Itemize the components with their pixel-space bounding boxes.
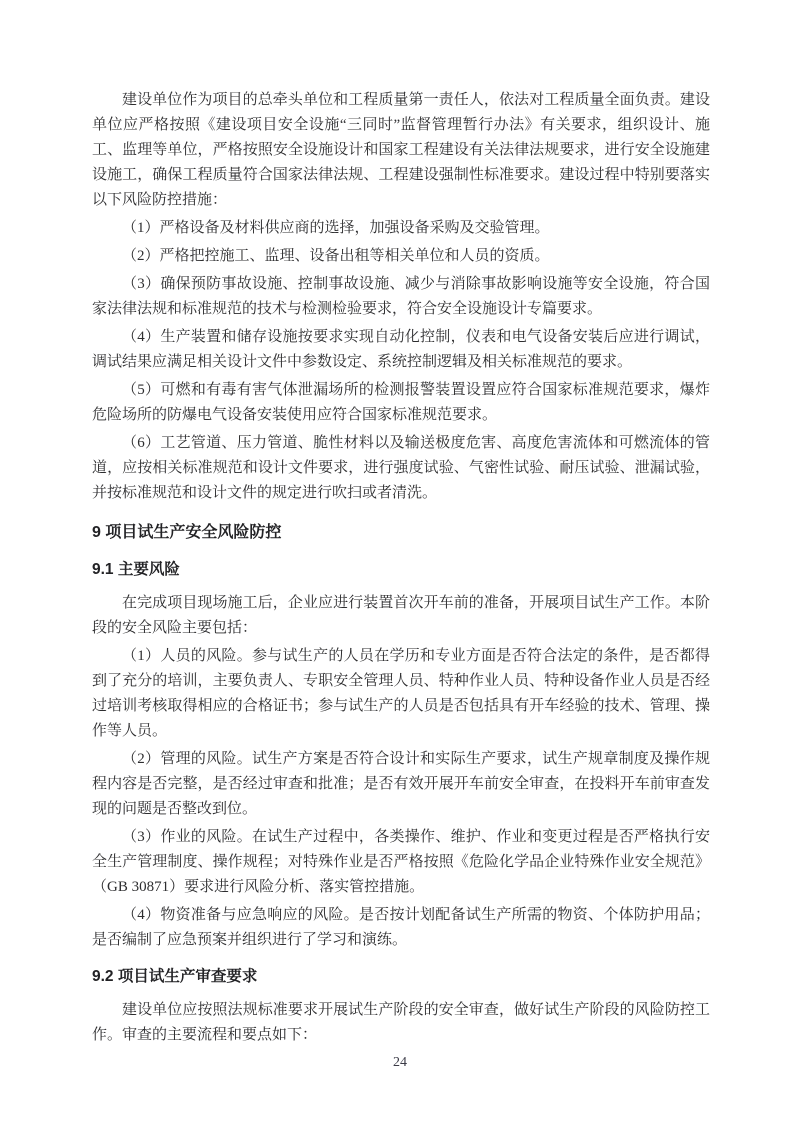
construction-risk-item-4: （4）生产装置和储存设施按要求实现自动化控制，仪表和电气设备安装后应进行调试，调… xyxy=(92,325,710,375)
page-number: 24 xyxy=(0,1055,800,1071)
construction-risk-item-3: （3）确保预防事故设施、控制事故设施、减少与消除事故影响设施等安全设施，符合国家… xyxy=(92,272,710,322)
section-9-2-heading: 9.2 项目试生产审查要求 xyxy=(92,964,710,989)
trial-production-risk-item-3: （3）作业的风险。在试生产过程中，各类操作、维护、作业和变更过程是否严格执行安全… xyxy=(92,825,710,900)
construction-risk-item-1: （1）严格设备及材料供应商的选择，加强设备采购及交验管理。 xyxy=(92,216,710,241)
section-9-1-intro: 在完成项目现场施工后，企业应进行装置首次开车前的准备，开展项目试生产工作。本阶段… xyxy=(92,591,710,641)
trial-production-risk-item-1: （1）人员的风险。参与试生产的人员在学历和专业方面是否符合法定的条件，是否都得到… xyxy=(92,644,710,744)
section-9-2-intro: 建设单位应按照法规标准要求开展试生产阶段的安全审查，做好试生产阶段的风险防控工作… xyxy=(92,998,710,1048)
document-content: 建设单位作为项目的总牵头单位和工程质量第一责任人，依法对工程质量全面负责。建设单… xyxy=(92,88,710,1051)
section-9-1-heading: 9.1 主要风险 xyxy=(92,557,710,582)
construction-risk-item-6: （6）工艺管道、压力管道、脆性材料以及输送极度危害、高度危害流体和可燃流体的管道… xyxy=(92,431,710,506)
document-page: 建设单位作为项目的总牵头单位和工程质量第一责任人，依法对工程质量全面负责。建设单… xyxy=(0,0,800,1131)
trial-production-risk-item-4: （4）物资准备与应急响应的风险。是否按计划配备试生产所需的物资、个体防护用品；是… xyxy=(92,903,710,953)
trial-production-risk-item-2: （2）管理的风险。试生产方案是否符合设计和实际生产要求，试生产规章制度及操作规程… xyxy=(92,747,710,822)
construction-risk-item-5: （5）可燃和有毒有害气体泄漏场所的检测报警装置设置应符合国家标准规范要求，爆炸危… xyxy=(92,378,710,428)
intro-paragraph: 建设单位作为项目的总牵头单位和工程质量第一责任人，依法对工程质量全面负责。建设单… xyxy=(92,88,710,213)
construction-risk-item-2: （2）严格把控施工、监理、设备出租等相关单位和人员的资质。 xyxy=(92,244,710,269)
section-9-heading: 9 项目试生产安全风险防控 xyxy=(92,520,710,545)
